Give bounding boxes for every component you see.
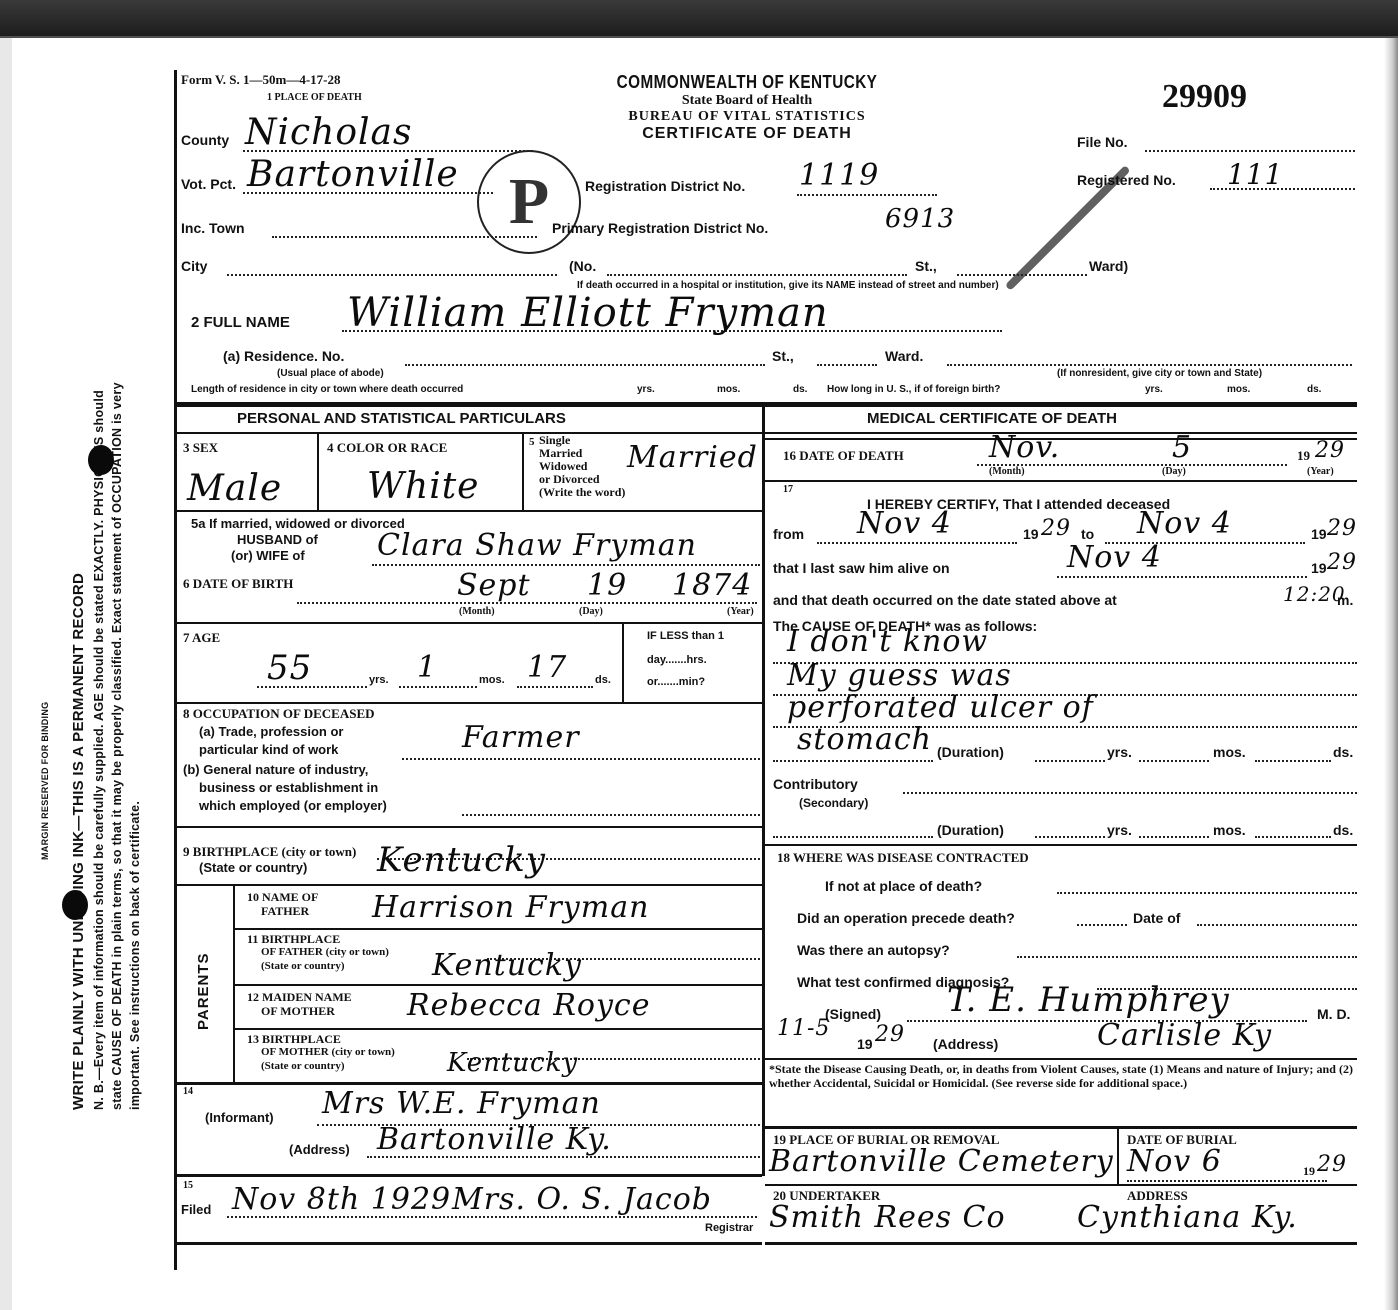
mother-bp-label-1: 13 BIRTHPLACE: [247, 1032, 341, 1047]
dod-label: 16 DATE OF DEATH: [783, 448, 904, 464]
employer-field[interactable]: [462, 814, 760, 816]
informant-address-value[interactable]: Bartonville Ky.: [377, 1122, 612, 1157]
file-no-label: File No.: [1077, 134, 1128, 150]
certificate-header: COMMONWEALTH OF KENTUCKY State Board of …: [557, 72, 937, 143]
marital-options: Single Married Widowed or Divorced (Writ…: [539, 434, 625, 499]
signed-year-prefix: 19: [857, 1036, 873, 1052]
full-name-value[interactable]: William Elliott Fryman: [347, 290, 829, 336]
residence-label: (a) Residence. No.: [223, 348, 344, 364]
occupation-b-label-3: which employed (or employer): [199, 798, 387, 813]
mother-bp-value[interactable]: Kentucky: [447, 1048, 578, 1078]
personal-section-title: PERSONAL AND STATISTICAL PARTICULARS: [237, 410, 566, 427]
burial-divider: [1117, 1128, 1119, 1184]
cause-text-3[interactable]: perforated ulcer of: [787, 690, 1094, 725]
place-of-death-section: 1 PLACE OF DEATH: [267, 92, 362, 103]
autopsy-field[interactable]: [1017, 956, 1357, 958]
margin-reserved-text: MARGIN RESERVED FOR BINDING: [40, 702, 50, 860]
filed-num: 15: [183, 1180, 193, 1191]
foreign-yrs: yrs.: [1145, 384, 1163, 395]
operation-field[interactable]: [1077, 924, 1127, 926]
contributory-label: Contributory: [773, 776, 858, 792]
city-no-field[interactable]: [607, 274, 907, 276]
occurred-label: and that death occurred on the date stat…: [773, 592, 1117, 608]
city-ward-field[interactable]: [957, 274, 1087, 276]
dod-month-caption: (Month): [989, 466, 1025, 477]
spouse-label-3: (or) WIFE of: [231, 548, 305, 563]
occupation-b-label-2: business or establishment in: [199, 780, 378, 795]
contributory-ds: ds.: [1333, 822, 1353, 838]
inc-town-label: Inc. Town: [181, 220, 245, 236]
nonresident-note: (If nonresident, give city or town and S…: [1057, 368, 1262, 379]
dod-year-prefix: 19: [1297, 448, 1310, 464]
not-place-label: If not at place of death?: [825, 878, 982, 894]
row-rule-4: [177, 826, 762, 828]
autopsy-label: Was there an autopsy?: [797, 942, 950, 958]
row-rule-6: [177, 1082, 762, 1085]
physician-signature[interactable]: T. E. Humphrey: [947, 980, 1230, 1020]
medical-section-title: MEDICAL CERTIFICATE OF DEATH: [867, 410, 1117, 427]
bureau-title: BUREAU OF VITAL STATISTICS: [557, 109, 937, 125]
commonwealth-title: COMMONWEALTH OF KENTUCKY: [586, 72, 909, 93]
not-place-field[interactable]: [1057, 892, 1357, 894]
residence-st-field[interactable]: [817, 364, 877, 366]
signed-date[interactable]: 11-5: [777, 1016, 830, 1041]
margin-instruction-line3: state CAUSE OF DEATH in plain terms, so …: [110, 382, 124, 1110]
signed-year[interactable]: 29: [875, 1022, 905, 1047]
length-mos: mos.: [717, 384, 740, 395]
registered-no-label: Registered No.: [1077, 172, 1176, 188]
death-time-suffix: m.: [1337, 592, 1353, 608]
age-yrs-value[interactable]: 55: [267, 648, 312, 688]
residence-ward-field[interactable]: [947, 364, 1352, 366]
row-rule-1: [177, 510, 762, 512]
physician-address[interactable]: Carlisle Ky: [1097, 1018, 1272, 1053]
parents-side-label: PARENTS: [195, 952, 212, 1030]
informant-address-label: (Address): [289, 1142, 350, 1157]
county-label: County: [181, 132, 229, 148]
board-title: State Board of Health: [557, 93, 937, 109]
age-mos-label: mos.: [479, 674, 505, 686]
to-year-prefix: 19: [1311, 526, 1327, 542]
dod-month[interactable]: Nov.: [989, 430, 1060, 465]
burial-year-prefix: 19: [1303, 1164, 1315, 1179]
contributory-yrs: yrs.: [1107, 822, 1132, 838]
burial-date-value[interactable]: Nov 6: [1127, 1144, 1222, 1179]
dob-day-caption: (Day): [579, 606, 603, 617]
burial-bottom-rule: [765, 1242, 1357, 1245]
vot-pct-value[interactable]: Bartonville: [247, 154, 459, 195]
cause-duration-ds-field[interactable]: [1255, 760, 1331, 762]
contributory-yrs-field[interactable]: [1035, 836, 1105, 838]
residence-ward-label: Ward.: [885, 348, 923, 364]
certificate-title: CERTIFICATE OF DEATH: [557, 125, 937, 143]
medical-rule-top: [765, 438, 1357, 440]
to-year[interactable]: 29: [1327, 516, 1357, 541]
spouse-label-1: 5a If married, widowed or divorced: [191, 516, 405, 531]
age-yrs-label: yrs.: [369, 674, 389, 686]
last-saw-label: that I last saw him alive on: [773, 560, 950, 576]
cause-duration-ds: ds.: [1333, 744, 1353, 760]
age-mos-value[interactable]: 1: [417, 650, 437, 685]
informant-num: 14: [183, 1086, 193, 1097]
age-ds-label: ds.: [595, 674, 611, 686]
parents-rule-3: [233, 1028, 762, 1030]
mother-label-1: 12 MAIDEN NAME: [247, 990, 352, 1005]
length-ds: ds.: [793, 384, 807, 395]
row-rule-3: [177, 702, 762, 704]
medical-rule-5: [765, 1126, 1357, 1129]
cause-duration-mos: mos.: [1213, 744, 1246, 760]
to-date[interactable]: Nov 4: [1137, 506, 1232, 541]
md-label: M. D.: [1317, 1006, 1350, 1022]
city-ward-label: Ward): [1089, 258, 1128, 274]
last-saw-year-prefix: 19: [1311, 560, 1327, 576]
race-value[interactable]: White: [367, 466, 479, 507]
spouse-value[interactable]: Clara Shaw Fryman: [377, 528, 697, 563]
certificate-number: 29909: [1162, 78, 1247, 116]
side-margin: MARGIN RESERVED FOR BINDING WRITE PLAINL…: [40, 110, 160, 1210]
dod-year[interactable]: 29: [1315, 438, 1345, 463]
birthplace-label-2: (State or country): [199, 860, 307, 875]
contributory-field[interactable]: [903, 792, 1357, 794]
occupation-label: 8 OCCUPATION OF DECEASED: [183, 706, 375, 722]
burial-rule: [765, 1184, 1357, 1186]
residence-field[interactable]: [405, 364, 765, 366]
medical-title-rule: [765, 432, 1357, 434]
dob-year[interactable]: 1874: [672, 568, 752, 603]
father-bp-label-3: (State or country): [261, 960, 345, 972]
city-label: City: [181, 258, 207, 274]
mother-bp-label-3: (State or country): [261, 1060, 345, 1072]
burial-year[interactable]: 29: [1317, 1152, 1347, 1177]
foreign-birth-label: How long in U. S., if of foreign birth?: [827, 384, 1000, 395]
punch-hole-upper: [88, 445, 114, 475]
column-divider: [762, 406, 765, 1176]
informant-label: (Informant): [205, 1110, 274, 1125]
length-yrs: yrs.: [637, 384, 655, 395]
dob-month[interactable]: Sept: [457, 568, 531, 603]
medical-rule-3: [765, 844, 1357, 846]
undertaker-value[interactable]: Smith Rees Co: [769, 1200, 1006, 1235]
dod-year-caption: (Year): [1307, 466, 1334, 477]
dod-day[interactable]: 5: [1172, 430, 1192, 465]
informant-value[interactable]: Mrs W.E. Fryman: [322, 1086, 601, 1121]
from-date[interactable]: Nov 4: [857, 506, 952, 541]
full-name-label: 2 FULL NAME: [191, 314, 290, 331]
race-marital-divider: [522, 434, 524, 510]
filed-label: Filed: [181, 1202, 211, 1217]
cause-footnote: *State the Disease Causing Death, or, in…: [769, 1062, 1353, 1090]
date-of-label: Date of: [1133, 910, 1180, 926]
physician-address-label: (Address): [933, 1036, 998, 1052]
main-divider: [177, 402, 1357, 407]
margin-instruction-line4: important. See instructions on back of c…: [128, 801, 142, 1110]
margin-instruction-line2: N. B.—Every item of information should b…: [92, 390, 106, 1110]
from-year-prefix: 19: [1023, 526, 1039, 542]
stamp-p: P: [477, 150, 581, 254]
operation-date-field[interactable]: [1197, 924, 1357, 926]
mother-value[interactable]: Rebecca Royce: [407, 988, 650, 1023]
parents-rule-2: [233, 984, 762, 986]
father-label-2: FATHER: [261, 904, 309, 919]
dob-day[interactable]: 19: [587, 568, 627, 603]
certify-num: 17: [783, 484, 793, 495]
row-rule-2: [177, 622, 762, 624]
cause-line-4: [773, 760, 933, 762]
less-min-field[interactable]: or.......min?: [647, 676, 705, 688]
primary-district-label: Primary Registration District No.: [552, 220, 768, 236]
last-saw-date[interactable]: Nov 4: [1067, 540, 1162, 575]
contributory-mos-field[interactable]: [1139, 836, 1209, 838]
last-saw-year[interactable]: 29: [1327, 550, 1357, 575]
parents-rule-1: [233, 928, 762, 930]
from-label: from: [773, 526, 804, 542]
marital-write-note: (Write the word): [539, 486, 625, 499]
cause-text-1[interactable]: I don't know: [787, 624, 988, 659]
city-st-label: St.,: [915, 258, 937, 274]
personal-title-rule: [177, 432, 762, 434]
city-no-label: (No.: [569, 258, 596, 274]
dob-year-caption: (Year): [727, 606, 754, 617]
county-value[interactable]: Nicholas: [245, 112, 413, 153]
medical-rule-4: [765, 1058, 1357, 1060]
usual-abode-note: (Usual place of abode): [277, 368, 384, 379]
occupation-line: [402, 758, 760, 760]
father-label-1: 10 NAME OF: [247, 890, 318, 905]
occupation-a-label-1: (a) Trade, profession or: [199, 724, 343, 739]
from-line: [817, 542, 1017, 544]
age-ds-line: [517, 686, 593, 688]
cause-duration-mos-field[interactable]: [1139, 760, 1209, 762]
race-label: 4 COLOR OR RACE: [327, 440, 447, 456]
cause-text-4[interactable]: stomach: [797, 722, 932, 757]
father-value[interactable]: Harrison Fryman: [372, 890, 649, 925]
residence-st-label: St.,: [772, 348, 794, 364]
foreign-ds: ds.: [1307, 384, 1321, 395]
scan-right-edge: [1384, 38, 1398, 1310]
less-than-label: IF LESS than 1: [647, 630, 724, 642]
mother-bp-label-2: OF MOTHER (city or town): [261, 1046, 395, 1058]
punch-hole-lower: [62, 890, 88, 920]
registrar-label: Registrar: [705, 1222, 753, 1234]
last-saw-line: [1057, 576, 1307, 578]
sex-label: 3 SEX: [183, 440, 218, 456]
medical-rule-2: [765, 480, 1357, 482]
registration-district-line: [797, 194, 937, 196]
registrar-signature[interactable]: Mrs. O. S. Jacob: [452, 1182, 712, 1217]
filed-date[interactable]: Nov 8th 1929: [232, 1182, 451, 1217]
foreign-mos: mos.: [1227, 384, 1250, 395]
spouse-line: [372, 564, 760, 566]
contributory-duration-label: (Duration): [937, 822, 1004, 838]
row-rule-5: [177, 884, 762, 886]
spouse-label-2: HUSBAND of: [237, 532, 318, 547]
age-ds-value[interactable]: 17: [527, 650, 567, 685]
operation-label: Did an operation precede death?: [797, 910, 1015, 926]
row-rule-7: [177, 1174, 762, 1177]
city-field[interactable]: [227, 274, 557, 276]
sex-race-divider: [317, 434, 319, 510]
sex-value[interactable]: Male: [187, 468, 282, 509]
dob-label: 6 DATE OF BIRTH: [183, 576, 293, 592]
contributory-mos: mos.: [1213, 822, 1246, 838]
occupation-b-label-1: (b) General nature of industry,: [183, 762, 368, 777]
birthplace-label-1: 9 BIRTHPLACE (city or town): [183, 844, 356, 860]
margin-instruction-line1: WRITE PLAINLY WITH UNFADING INK—THIS IS …: [70, 573, 87, 1110]
burial-date-line: [1127, 1180, 1327, 1182]
father-bp-value[interactable]: Kentucky: [432, 948, 582, 983]
certificate-form: Form V. S. 1—50m—4-17-28 1 PLACE OF DEAT…: [174, 70, 1357, 1270]
vot-pct-label: Vot. Pct.: [181, 176, 236, 192]
undertaker-address-value[interactable]: Cynthiana Ky.: [1077, 1200, 1298, 1235]
less-day-field[interactable]: day.......hrs.: [647, 654, 707, 666]
occupation-value[interactable]: Farmer: [462, 720, 580, 755]
cause-duration-yrs: yrs.: [1107, 744, 1132, 760]
cause-duration-yrs-field[interactable]: [1035, 760, 1105, 762]
burial-place-value[interactable]: Bartonville Cemetery: [769, 1144, 1114, 1179]
registered-no-value[interactable]: 111: [1227, 158, 1283, 191]
age-label: 7 AGE: [183, 630, 220, 646]
contributory-line-2[interactable]: [773, 836, 933, 838]
dob-month-caption: (Month): [459, 606, 495, 617]
marital-num: 5: [529, 436, 535, 448]
cause-text-2[interactable]: My guess was: [787, 658, 1012, 693]
signed-label: (Signed): [825, 1006, 881, 1022]
where-contracted-label: 18 WHERE WAS DISEASE CONTRACTED: [777, 850, 1029, 866]
primary-district-value[interactable]: 6913: [885, 204, 955, 234]
row-rule-8: [177, 1242, 762, 1245]
scan-top-edge: [0, 0, 1398, 38]
mother-label-2: OF MOTHER: [261, 1004, 335, 1019]
registration-district-label: Registration District No.: [585, 178, 745, 194]
scan-left-edge: [0, 38, 12, 1310]
file-no-field[interactable]: [1145, 150, 1355, 152]
length-residence-label: Length of residence in city or town wher…: [191, 384, 463, 395]
contributory-ds-field[interactable]: [1255, 836, 1331, 838]
form-id: Form V. S. 1—50m—4-17-28: [181, 72, 341, 88]
inc-town-field[interactable]: [272, 236, 537, 238]
father-bp-label-1: 11 BIRTHPLACE: [247, 932, 340, 947]
marital-value[interactable]: Married: [627, 440, 758, 475]
dod-day-caption: (Day): [1162, 466, 1186, 477]
registration-district-value[interactable]: 1119: [799, 158, 879, 193]
age-mos-line: [399, 686, 477, 688]
from-year[interactable]: 29: [1041, 516, 1071, 541]
age-less-divider: [622, 624, 624, 702]
secondary-label: (Secondary): [799, 796, 868, 810]
father-bp-label-2: OF FATHER (city or town): [261, 946, 389, 958]
birthplace-value[interactable]: Kentucky: [377, 840, 546, 880]
cause-duration-label: (Duration): [937, 744, 1004, 760]
occupation-a-label-2: particular kind of work: [199, 742, 338, 757]
